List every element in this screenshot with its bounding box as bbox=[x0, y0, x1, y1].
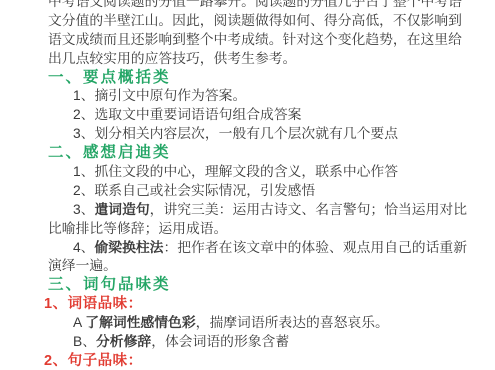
lettered-item-a: A 了解词性感情色彩，揣摩词语所表达的喜怒哀乐。 bbox=[0, 314, 495, 333]
list-item-continuation: 演绎一遍。 bbox=[0, 257, 495, 276]
section-heading-1: 一、要点概括类 bbox=[0, 69, 495, 88]
list-item-number: 4、 bbox=[73, 240, 94, 255]
list-item: 3、遣词造句，讲究三美：运用古诗文、名言警句；恰当运用对比 bbox=[0, 201, 495, 220]
list-item-bold-phrase: 遣词造句 bbox=[94, 202, 149, 217]
document-page: 中考语文阅读题的分值一路攀升。阅读题的分值几乎占了整个中考语 文分值的半壁江山。… bbox=[0, 0, 495, 370]
red-subheading-1: 1、词语品味： bbox=[0, 295, 495, 314]
list-item-bold-phrase: 偷梁换柱法 bbox=[94, 240, 163, 255]
list-item-text: ，讲究三美：运用古诗文、名言警句；恰当运用对比 bbox=[150, 202, 467, 217]
list-item-bold-phrase: 了解词性感情色彩 bbox=[85, 315, 195, 330]
list-item: 2、选取文中重要词语语句组合成答案 bbox=[0, 106, 495, 125]
intro-line-4: 出几点较实用的应答技巧，供考生参考。 bbox=[0, 50, 495, 69]
list-item-text: ，体会词语的形象含蓄 bbox=[151, 334, 289, 349]
intro-line-3: 语文成绩而且还影响到整个中考成绩。针对这个变化趋势，在这里给 bbox=[0, 31, 495, 50]
list-item: 1、抓住文段的中心，理解文段的含义，联系中心作答 bbox=[0, 163, 495, 182]
list-item-continuation: 比喻排比等修辞；运用成语。 bbox=[0, 220, 495, 239]
item-letter: A bbox=[73, 315, 85, 330]
article-text: 中考语文阅读题的分值一路攀升。阅读题的分值几乎占了整个中考语 文分值的半壁江山。… bbox=[0, 0, 495, 370]
list-item-number: 3、 bbox=[73, 202, 94, 217]
intro-line-2: 文分值的半壁江山。因此，阅读题做得如何、得分高低，不仅影响到 bbox=[0, 12, 495, 31]
section-heading-2: 二、感想启迪类 bbox=[0, 144, 495, 163]
list-item: 4、偷梁换柱法：把作者在该文章中的体验、观点用自己的话重新 bbox=[0, 239, 495, 258]
intro-line-1-clipped: 中考语文阅读题的分值一路攀升。阅读题的分值几乎占了整个中考语 bbox=[0, 0, 495, 12]
list-item: 2、联系自己或社会实际情况，引发感悟 bbox=[0, 182, 495, 201]
list-item-text: ，揣摩词语所表达的喜怒哀乐。 bbox=[196, 315, 389, 330]
red-subheading-2: 2、句子品味： bbox=[0, 352, 495, 370]
section-heading-3: 三、词句品味类 bbox=[0, 276, 495, 295]
item-letter: B、 bbox=[73, 334, 96, 349]
list-item: 1、摘引文中原句作为答案。 bbox=[0, 87, 495, 106]
list-item: 3、划分相关内容层次，一般有几个层次就有几个要点 bbox=[0, 125, 495, 144]
list-item-bold-phrase: 分析修辞 bbox=[96, 334, 151, 349]
lettered-item-b: B、分析修辞，体会词语的形象含蓄 bbox=[0, 333, 495, 352]
list-item-text: ：把作者在该文章中的体验、观点用自己的话重新 bbox=[163, 240, 467, 255]
